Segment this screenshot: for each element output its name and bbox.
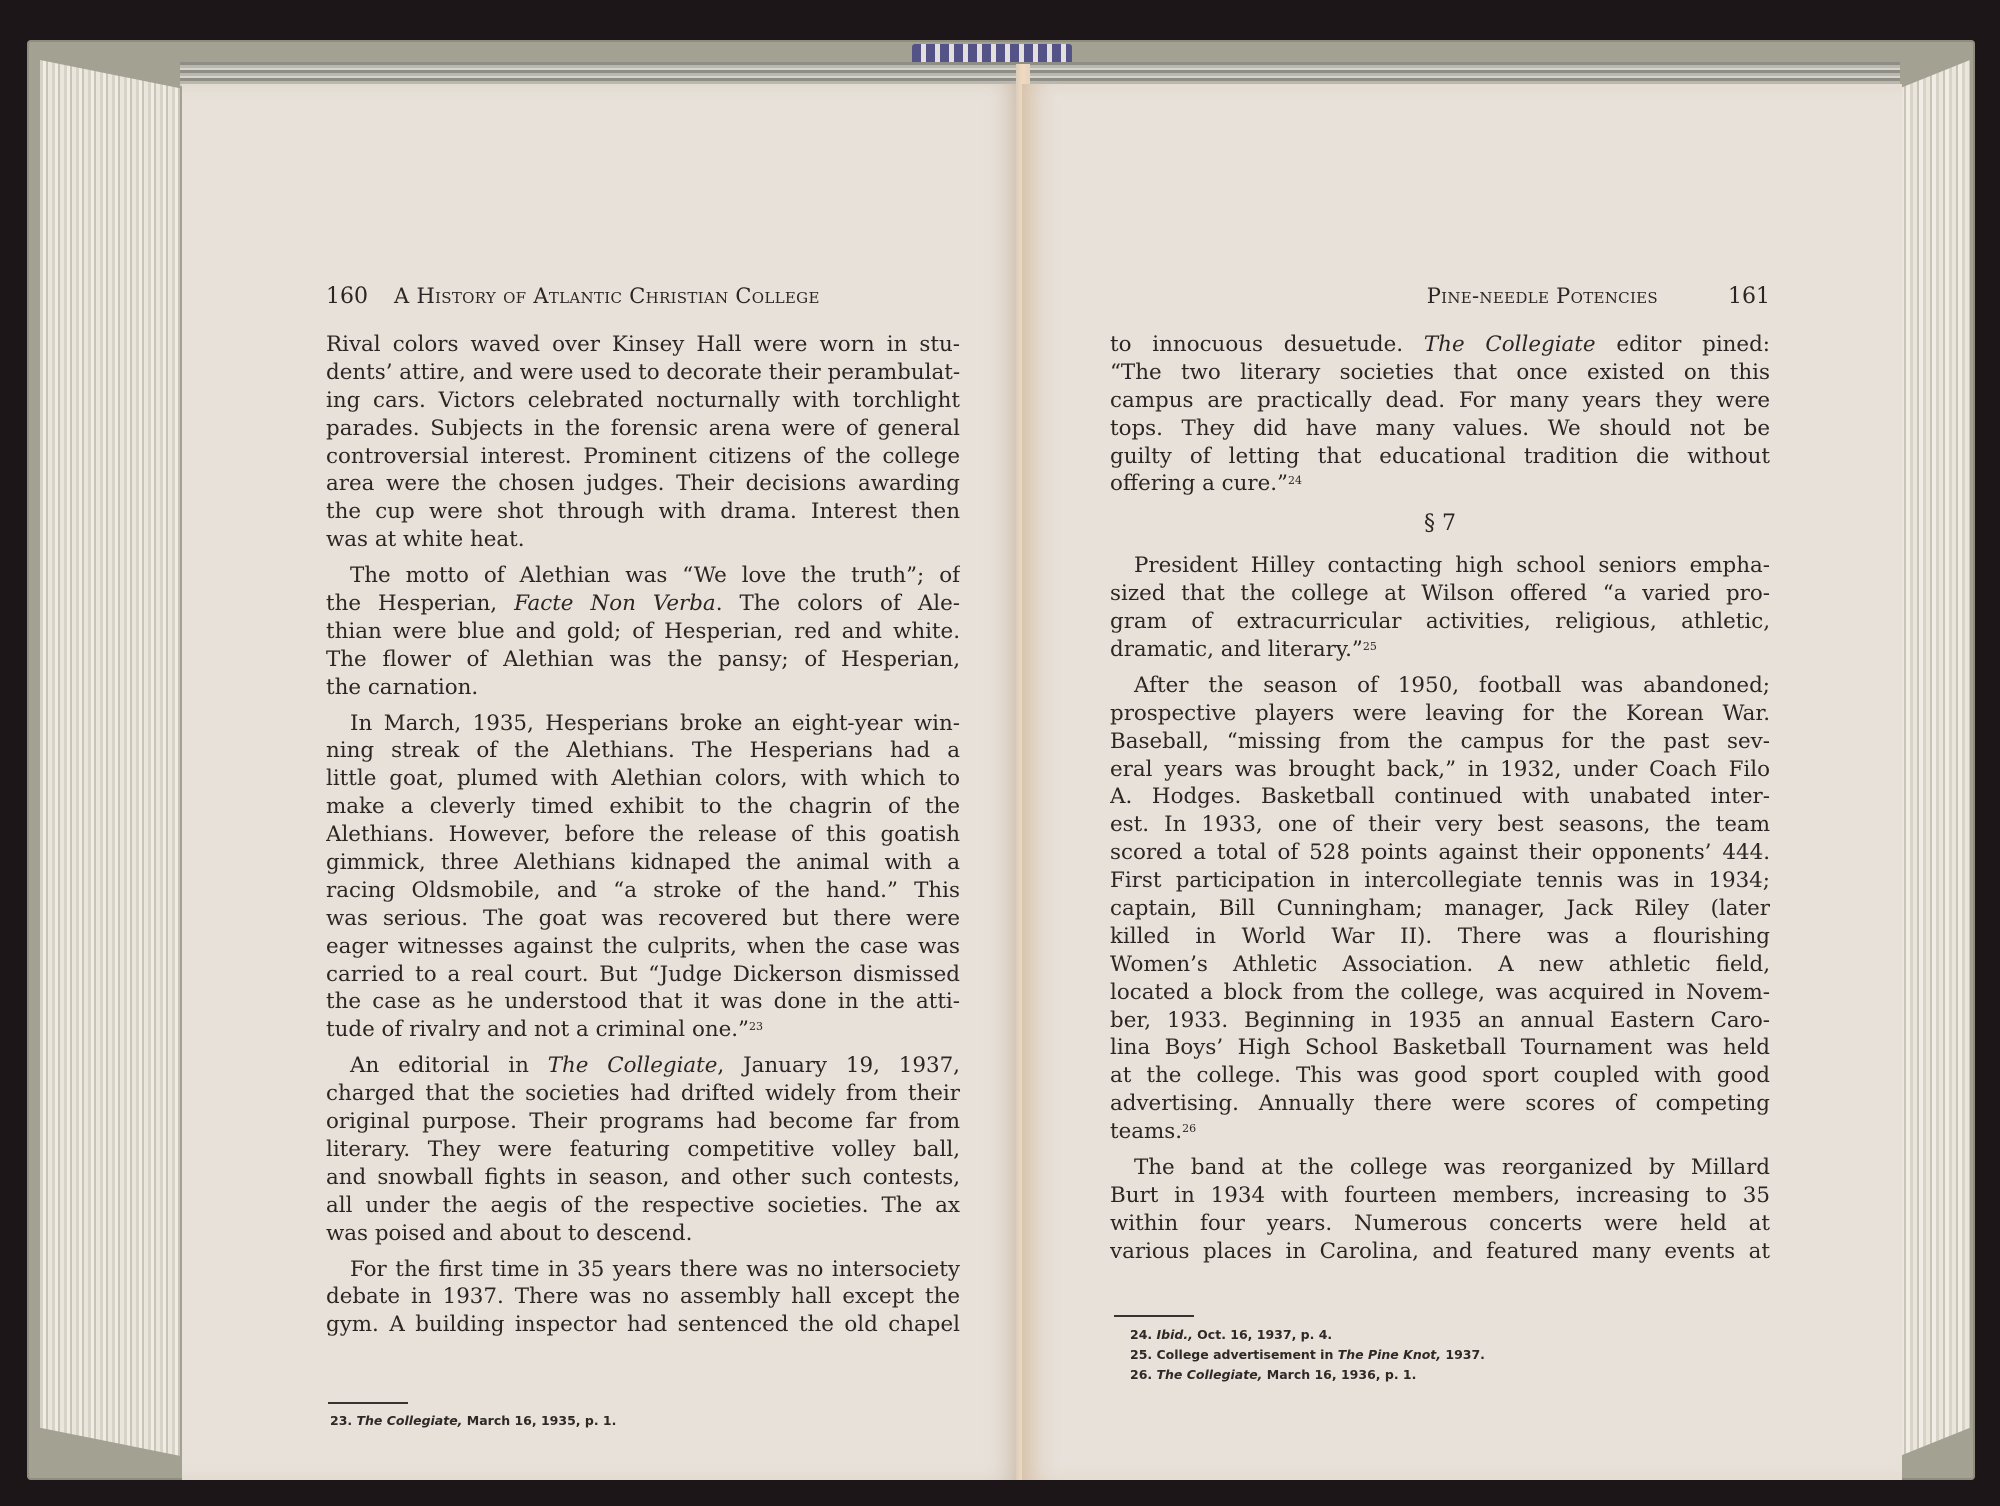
text-line: guilty of letting that educational tradi… bbox=[1110, 443, 1770, 471]
text-line: For the first time in 35 years there was… bbox=[326, 1256, 960, 1284]
text-line: ning streak of the Alethians. The Hesper… bbox=[326, 737, 960, 765]
text-line: captain, Bill Cunningham; manager, Jack … bbox=[1110, 895, 1770, 923]
right-page: Pine-needle Potencies 161 to innocuous d… bbox=[1022, 84, 1902, 1480]
text-line: racing Oldsmobile, and “a stroke of the … bbox=[326, 877, 960, 905]
footnote-rule bbox=[1114, 1315, 1194, 1317]
footnote: 23. The Collegiate, March 16, 1935, p. 1… bbox=[330, 1411, 616, 1431]
footnote-ref: 25 bbox=[1363, 640, 1377, 653]
text-line: eral years was brought back,” in 1932, u… bbox=[1110, 756, 1770, 784]
paragraph-gap bbox=[326, 1044, 960, 1052]
text-line: dramatic, and literary.”25 bbox=[1110, 636, 1770, 664]
text-line: President Hilley contacting high school … bbox=[1110, 552, 1770, 580]
left-page: 160 A History of Atlantic Christian Coll… bbox=[182, 84, 1022, 1480]
footnote: 25. College advertisement in The Pine Kn… bbox=[1130, 1345, 1485, 1365]
text-line: scored a total of 528 points against the… bbox=[1110, 839, 1770, 867]
text-line: debate in 1937. There was no assembly ha… bbox=[326, 1283, 960, 1311]
text-line: little goat, plumed with Alethian colors… bbox=[326, 765, 960, 793]
footnote-ref: 24 bbox=[1288, 474, 1302, 487]
text-line: charged that the societies had drifted w… bbox=[326, 1080, 960, 1108]
text-line: Burt in 1934 with fourteen members, incr… bbox=[1110, 1182, 1770, 1210]
text-line: lina Boys’ High School Basketball Tourna… bbox=[1110, 1034, 1770, 1062]
text-line: The band at the college was reorganized … bbox=[1110, 1154, 1770, 1182]
text-line: est. In 1933, one of their very best sea… bbox=[1110, 811, 1770, 839]
text-line: killed in World War II). There was a flo… bbox=[1110, 923, 1770, 951]
text-line: at the college. This was good sport coup… bbox=[1110, 1062, 1770, 1090]
section-heading: § 7 bbox=[1110, 502, 1770, 546]
text-line: ber, 1933. Beginning in 1935 an annual E… bbox=[1110, 1007, 1770, 1035]
running-head-title: A History of Atlantic Christian College bbox=[394, 284, 958, 308]
footnote-ref: 26 bbox=[1182, 1122, 1196, 1135]
text-line: An editorial in The Collegiate, January … bbox=[326, 1052, 960, 1080]
text-line: make a cleverly timed exhibit to the cha… bbox=[326, 793, 960, 821]
footnote: 26. The Collegiate, March 16, 1936, p. 1… bbox=[1130, 1365, 1485, 1385]
text-line: First participation in intercollegiate t… bbox=[1110, 867, 1770, 895]
text-line: all under the aegis of the respective so… bbox=[326, 1192, 960, 1220]
left-body-text: Rival colors waved over Kinsey Hall were… bbox=[326, 331, 960, 1339]
paragraph-gap bbox=[1110, 1146, 1770, 1154]
text-line: tops. They did have many values. We shou… bbox=[1110, 415, 1770, 443]
text-line: advertising. Annually there were scores … bbox=[1110, 1090, 1770, 1118]
text-line: the Hesperian, Facte Non Verba. The colo… bbox=[326, 590, 960, 618]
text-line: was at white heat. bbox=[326, 526, 960, 554]
text-line: original purpose. Their programs had bec… bbox=[326, 1108, 960, 1136]
text-line: eager witnesses against the culprits, wh… bbox=[326, 933, 960, 961]
page-edges-top bbox=[180, 62, 1900, 86]
text-line: the carnation. bbox=[326, 674, 960, 702]
page-edges-right bbox=[1900, 60, 1970, 1470]
footnote-ref: 23 bbox=[749, 1020, 763, 1033]
text-line: gimmick, three Alethians kidnaped the an… bbox=[326, 849, 960, 877]
text-line: Alethians. However, before the release o… bbox=[326, 821, 960, 849]
text-line: was serious. The goat was recovered but … bbox=[326, 905, 960, 933]
paragraph-gap bbox=[326, 1248, 960, 1256]
text-line: carried to a real court. But “Judge Dick… bbox=[326, 961, 960, 989]
text-line: The motto of Alethian was “We love the t… bbox=[326, 562, 960, 590]
text-line: to innocuous desuetude. The Collegiate e… bbox=[1110, 331, 1770, 359]
text-line: and snowball fights in season, and other… bbox=[326, 1164, 960, 1192]
text-line: dents’ attire, and were used to decorate… bbox=[326, 359, 960, 387]
paragraph-gap bbox=[1110, 664, 1770, 672]
page-number: 160 bbox=[326, 284, 368, 309]
headband bbox=[912, 44, 1072, 64]
text-line: offering a cure.”24 bbox=[1110, 470, 1770, 498]
text-line: thian were blue and gold; of Hesperian, … bbox=[326, 618, 960, 646]
text-line: tude of rivalry and not a criminal one.”… bbox=[326, 1016, 960, 1044]
text-line: Baseball, “missing from the campus for t… bbox=[1110, 728, 1770, 756]
text-line: gym. A building inspector had sentenced … bbox=[326, 1311, 960, 1339]
text-line: In March, 1935, Hesperians broke an eigh… bbox=[326, 710, 960, 738]
left-footnotes: 23. The Collegiate, March 16, 1935, p. 1… bbox=[330, 1411, 616, 1431]
page-number: 161 bbox=[1728, 284, 1770, 309]
text-line: various places in Carolina, and featured… bbox=[1110, 1238, 1770, 1266]
text-line: campus are practically dead. For many ye… bbox=[1110, 387, 1770, 415]
text-line: Rival colors waved over Kinsey Hall were… bbox=[326, 331, 960, 359]
text-line: sized that the college at Wilson offered… bbox=[1110, 580, 1770, 608]
footnote-rule bbox=[328, 1402, 408, 1404]
footnote: 24. Ibid., Oct. 16, 1937, p. 4. bbox=[1130, 1325, 1485, 1345]
text-line: “The two literary societies that once ex… bbox=[1110, 359, 1770, 387]
text-line: controversial interest. Prominent citize… bbox=[326, 443, 960, 471]
text-line: the case as he understood that it was do… bbox=[326, 988, 960, 1016]
text-line: parades. Subjects in the forensic arena … bbox=[326, 415, 960, 443]
text-line: ing cars. Victors celebrated nocturnally… bbox=[326, 387, 960, 415]
right-body-text: to innocuous desuetude. The Collegiate e… bbox=[1110, 331, 1770, 1266]
text-line: gram of extracurricular activities, reli… bbox=[1110, 608, 1770, 636]
page-edges-left bbox=[40, 60, 180, 1470]
text-line: within four years. Numerous concerts wer… bbox=[1110, 1210, 1770, 1238]
text-line: literary. They were featuring competitiv… bbox=[326, 1136, 960, 1164]
text-line: area were the chosen judges. Their decis… bbox=[326, 470, 960, 498]
text-line: prospective players were leaving for the… bbox=[1110, 700, 1770, 728]
left-running-head: 160 A History of Atlantic Christian Coll… bbox=[326, 284, 958, 309]
text-line: After the season of 1950, football was a… bbox=[1110, 672, 1770, 700]
text-line: located a block from the college, was ac… bbox=[1110, 979, 1770, 1007]
text-line: The flower of Alethian was the pansy; of… bbox=[326, 646, 960, 674]
right-running-head: Pine-needle Potencies 161 bbox=[1110, 284, 1770, 309]
text-line: A. Hodges. Basketball continued with una… bbox=[1110, 783, 1770, 811]
right-footnotes: 24. Ibid., Oct. 16, 1937, p. 4.25. Colle… bbox=[1130, 1325, 1485, 1385]
text-line: was poised and about to descend. bbox=[326, 1220, 960, 1248]
paragraph-gap bbox=[326, 702, 960, 710]
paragraph-gap bbox=[326, 554, 960, 562]
text-line: teams.26 bbox=[1110, 1118, 1770, 1146]
text-line: the cup were shot through with drama. In… bbox=[326, 498, 960, 526]
running-head-title: Pine-needle Potencies bbox=[1110, 284, 1658, 308]
text-line: Women’s Athletic Association. A new athl… bbox=[1110, 951, 1770, 979]
